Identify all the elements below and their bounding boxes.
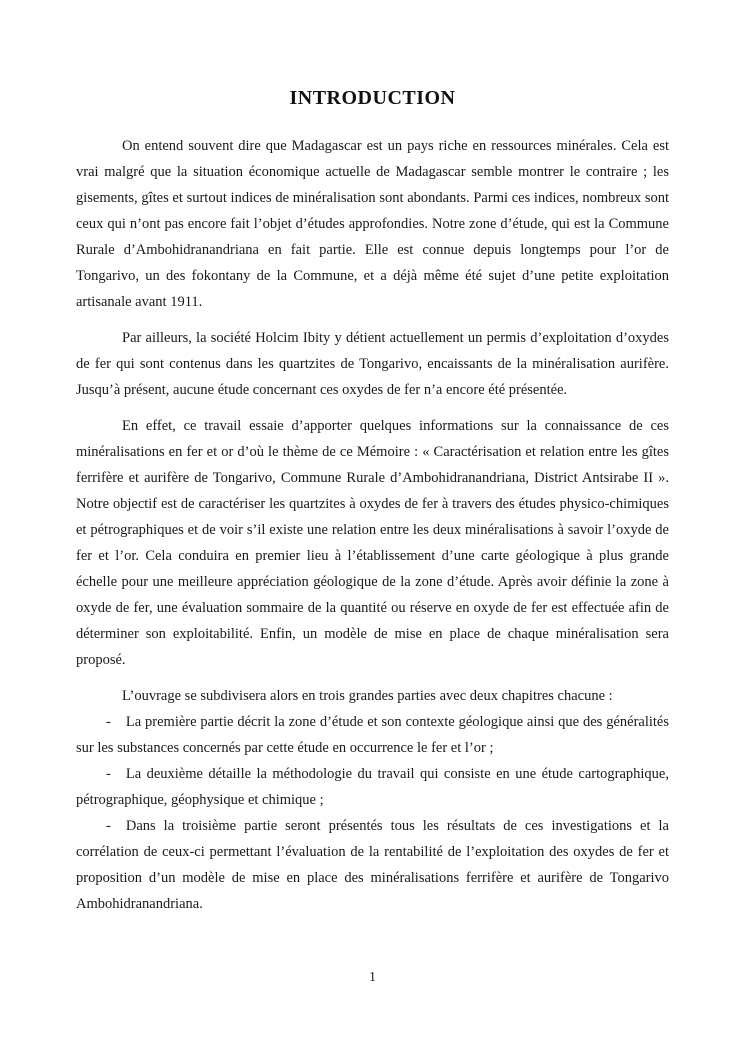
bullet-gap bbox=[111, 777, 126, 778]
paragraph-memoir-objective: En effet, ce travail essaie d’apporter q… bbox=[76, 413, 669, 673]
paragraph-intro-madagascar: On entend souvent dire que Madagascar es… bbox=[76, 133, 669, 315]
list-item-text: La première partie décrit la zone d’étud… bbox=[76, 714, 669, 756]
list-item-part-one: -La première partie décrit la zone d’étu… bbox=[76, 709, 669, 761]
bullet-gap bbox=[111, 829, 126, 830]
bullet-dash: - bbox=[106, 818, 111, 834]
list-item-text: La deuxième détaille la méthodologie du … bbox=[76, 766, 669, 808]
list-item-text: Dans la troisième partie seront présenté… bbox=[76, 818, 669, 912]
document-page: INTRODUCTION On entend souvent dire que … bbox=[0, 0, 745, 1053]
list-item-part-three: -Dans la troisième partie seront présent… bbox=[76, 813, 669, 917]
list-item-part-two: -La deuxième détaille la méthodologie du… bbox=[76, 761, 669, 813]
bullet-dash: - bbox=[106, 714, 111, 730]
paragraph-holcim-permit: Par ailleurs, la société Holcim Ibity y … bbox=[76, 325, 669, 403]
page-title: INTRODUCTION bbox=[76, 84, 669, 112]
paragraph-outline-lead: L’ouvrage se subdivisera alors en trois … bbox=[76, 683, 669, 709]
bullet-gap bbox=[111, 725, 126, 726]
page-number: 1 bbox=[0, 968, 745, 986]
bullet-dash: - bbox=[106, 766, 111, 782]
